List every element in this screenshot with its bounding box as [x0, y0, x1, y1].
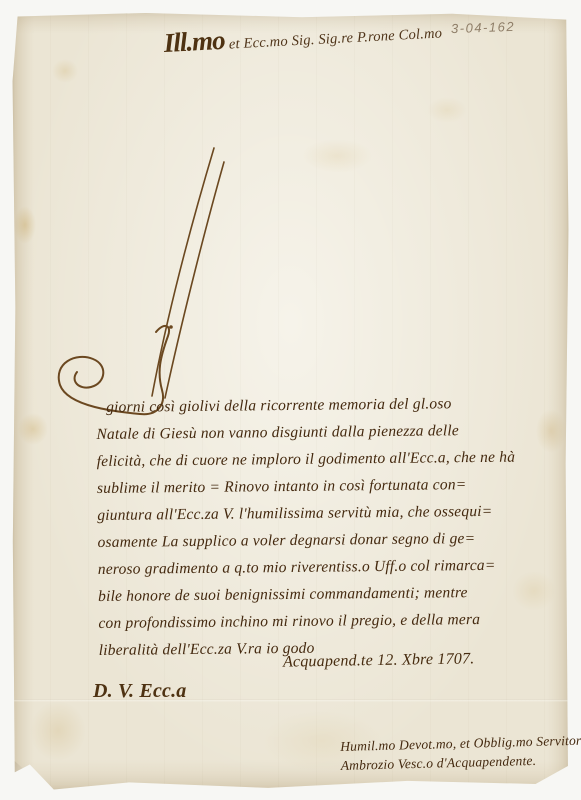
signature-block: Humil.mo Devot.mo, et Obblig.mo Servitor… [340, 731, 581, 775]
salutation-monogram: Ill.mo [163, 25, 225, 58]
stain [427, 97, 467, 123]
stain [52, 59, 78, 83]
stain [18, 413, 48, 445]
letter-body: giorni così giolivi della ricorrente mem… [96, 389, 553, 664]
scanned-letter-page: { "scan": { "catalog_number": "3-04-162"… [0, 0, 581, 800]
catalog-number: 3-04-162 [451, 19, 516, 36]
body-line: neroso gradimento a q.to mio riverentiss… [98, 551, 552, 583]
bottom-left-fold [12, 751, 60, 793]
stain [302, 139, 372, 173]
body-line: felicità, che di cuore ne imploro il god… [97, 443, 551, 475]
body-line: giuntura all'Ecc.za V. l'humilissima ser… [97, 497, 551, 529]
dateline: Acquapend.te 12. Xbre 1707. [283, 650, 475, 671]
stain [30, 701, 86, 761]
closing-abbreviation: D. V. Ecc.a [93, 680, 187, 703]
stain [14, 206, 36, 244]
